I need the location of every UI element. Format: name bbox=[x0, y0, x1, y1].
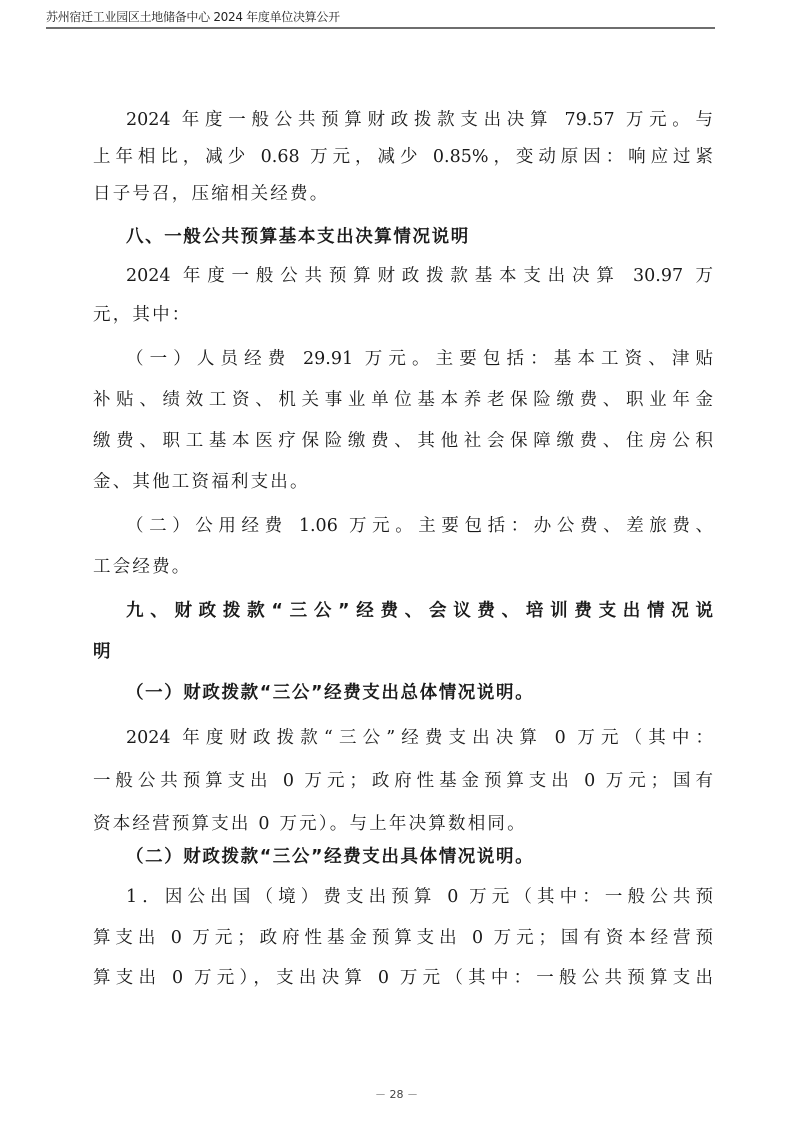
paragraph-line: 1．因公出国（境）费支出预算 0 万元（其中：一般公共预 bbox=[126, 885, 713, 909]
paragraph-line: 算支出 0 万元；政府性基金预算支出 0 万元；国有资本经营预 bbox=[93, 926, 713, 950]
paragraph-line: 缴费、职工基本医疗保险缴费、其他社会保障缴费、住房公积 bbox=[93, 429, 713, 453]
paragraph-line: 金、其他工资福利支出。 bbox=[93, 470, 713, 494]
paragraph-line: 2024 年度一般公共预算财政拨款支出决算 79.57 万元。与 bbox=[126, 108, 713, 132]
paragraph-line: 元，其中： bbox=[93, 303, 713, 327]
paragraph-line: 补贴、绩效工资、机关事业单位基本养老保险缴费、职业年金 bbox=[93, 388, 713, 412]
section-heading-9-cont: 明 bbox=[93, 640, 713, 664]
paragraph-line: 2024 年度财政拨款“三公”经费支出决算 0 万元（其中： bbox=[126, 726, 713, 750]
header-divider bbox=[46, 27, 715, 29]
paragraph-line: （一）人员经费 29.91 万元。主要包括：基本工资、津贴 bbox=[126, 347, 713, 371]
subsection-heading-1: （一）财政拨款“三公”经费支出总体情况说明。 bbox=[126, 681, 746, 705]
paragraph-line: （二）公用经费 1.06 万元。主要包括：办公费、差旅费、 bbox=[126, 514, 713, 538]
paragraph-line: 2024 年度一般公共预算财政拨款基本支出决算 30.97 万 bbox=[126, 264, 713, 288]
paragraph-line: 日子号召，压缩相关经费。 bbox=[93, 182, 713, 206]
paragraph-line: 一般公共预算支出 0 万元；政府性基金预算支出 0 万元；国有 bbox=[93, 769, 713, 793]
paragraph-line: 上年相比，减少 0.68 万元，减少 0.85%，变动原因：响应过紧 bbox=[93, 145, 713, 169]
paragraph-line: 工会经费。 bbox=[93, 555, 713, 579]
paragraph-line: 算支出 0 万元），支出决算 0 万元（其中：一般公共预算支出 bbox=[93, 966, 713, 990]
paragraph-line: 资本经营预算支出 0 万元）。与上年决算数相同。 bbox=[93, 812, 713, 836]
page-number: － 28 － bbox=[0, 1086, 793, 1102]
section-heading-8: 八、一般公共预算基本支出决算情况说明 bbox=[126, 225, 746, 249]
header-title: 苏州宿迁工业园区土地储备中心 2024 年度单位决算公开 bbox=[46, 8, 340, 25]
section-heading-9: 九、财政拨款“三公”经费、会议费、培训费支出情况说 bbox=[126, 599, 713, 623]
subsection-heading-2: （二）财政拨款“三公”经费支出具体情况说明。 bbox=[126, 845, 746, 869]
